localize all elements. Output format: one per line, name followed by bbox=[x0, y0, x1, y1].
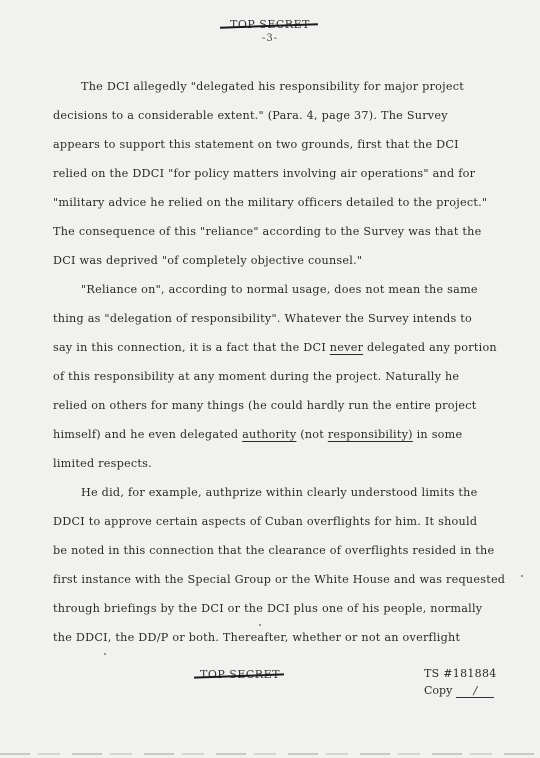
text-line: of this responsibility at any moment dur… bbox=[53, 362, 513, 391]
text-line: DCI was deprived "of completely objectiv… bbox=[53, 246, 513, 275]
text-line: relied on others for many things (he cou… bbox=[53, 391, 513, 420]
underlined-word-never: never bbox=[330, 341, 363, 354]
scan-speck bbox=[104, 653, 106, 655]
text-line: relied on the DDCI "for policy matters i… bbox=[53, 159, 513, 188]
text-line: He did, for example, authprize within cl… bbox=[53, 478, 513, 507]
text-line: first instance with the Special Group or… bbox=[53, 565, 513, 594]
text-line: say in this connection, it is a fact tha… bbox=[53, 333, 513, 362]
copy-number-value: / bbox=[456, 684, 494, 698]
underlined-word-authority: authority bbox=[242, 428, 296, 441]
paragraph-1: The DCI allegedly "delegated his respons… bbox=[53, 72, 513, 275]
text-line: through briefings by the DCI or the DCI … bbox=[53, 594, 513, 623]
memo-body: The DCI allegedly "delegated his respons… bbox=[53, 72, 513, 652]
text-line: The DCI allegedly "delegated his respons… bbox=[53, 72, 513, 101]
text-line: himself) and he even delegated authority… bbox=[53, 420, 513, 449]
scan-edge-artifact bbox=[0, 753, 540, 755]
bottom-classification-marking: TOP SECRET bbox=[185, 668, 295, 681]
text-line: The consequence of this "reliance" accor… bbox=[53, 217, 513, 246]
text-line: "military advice he relied on the milita… bbox=[53, 188, 513, 217]
paragraph-3: He did, for example, authprize within cl… bbox=[53, 478, 513, 652]
page-number: -3- bbox=[0, 33, 540, 44]
scan-speck bbox=[259, 624, 261, 626]
text-line: limited respects. bbox=[53, 449, 513, 478]
scan-speck bbox=[521, 575, 523, 577]
copy-number-field: Copy/ bbox=[424, 684, 494, 698]
text-line: decisions to a considerable extent." (Pa… bbox=[53, 101, 513, 130]
text-segment: (not bbox=[296, 428, 327, 441]
document-page: TOP SECRET -3- The DCI allegedly "delega… bbox=[0, 0, 540, 758]
text-line: be noted in this connection that the cle… bbox=[53, 536, 513, 565]
control-number: TS #181884 bbox=[424, 667, 497, 680]
text-segment: delegated any portion bbox=[363, 341, 497, 354]
text-line: DDCI to approve certain aspects of Cuban… bbox=[53, 507, 513, 536]
paragraph-2: "Reliance on", according to normal usage… bbox=[53, 275, 513, 478]
top-classification-marking: TOP SECRET bbox=[0, 18, 540, 31]
copy-label: Copy bbox=[424, 684, 452, 697]
text-line: thing as "delegation of responsibility".… bbox=[53, 304, 513, 333]
underlined-word-responsibility: responsibility) bbox=[328, 428, 413, 441]
text-line: appears to support this statement on two… bbox=[53, 130, 513, 159]
text-segment: say in this connection, it is a fact tha… bbox=[53, 341, 330, 354]
text-line: "Reliance on", according to normal usage… bbox=[53, 275, 513, 304]
text-segment: in some bbox=[413, 428, 463, 441]
text-segment: himself) and he even delegated bbox=[53, 428, 242, 441]
text-line: the DDCI, the DD/P or both. Thereafter, … bbox=[53, 623, 513, 652]
